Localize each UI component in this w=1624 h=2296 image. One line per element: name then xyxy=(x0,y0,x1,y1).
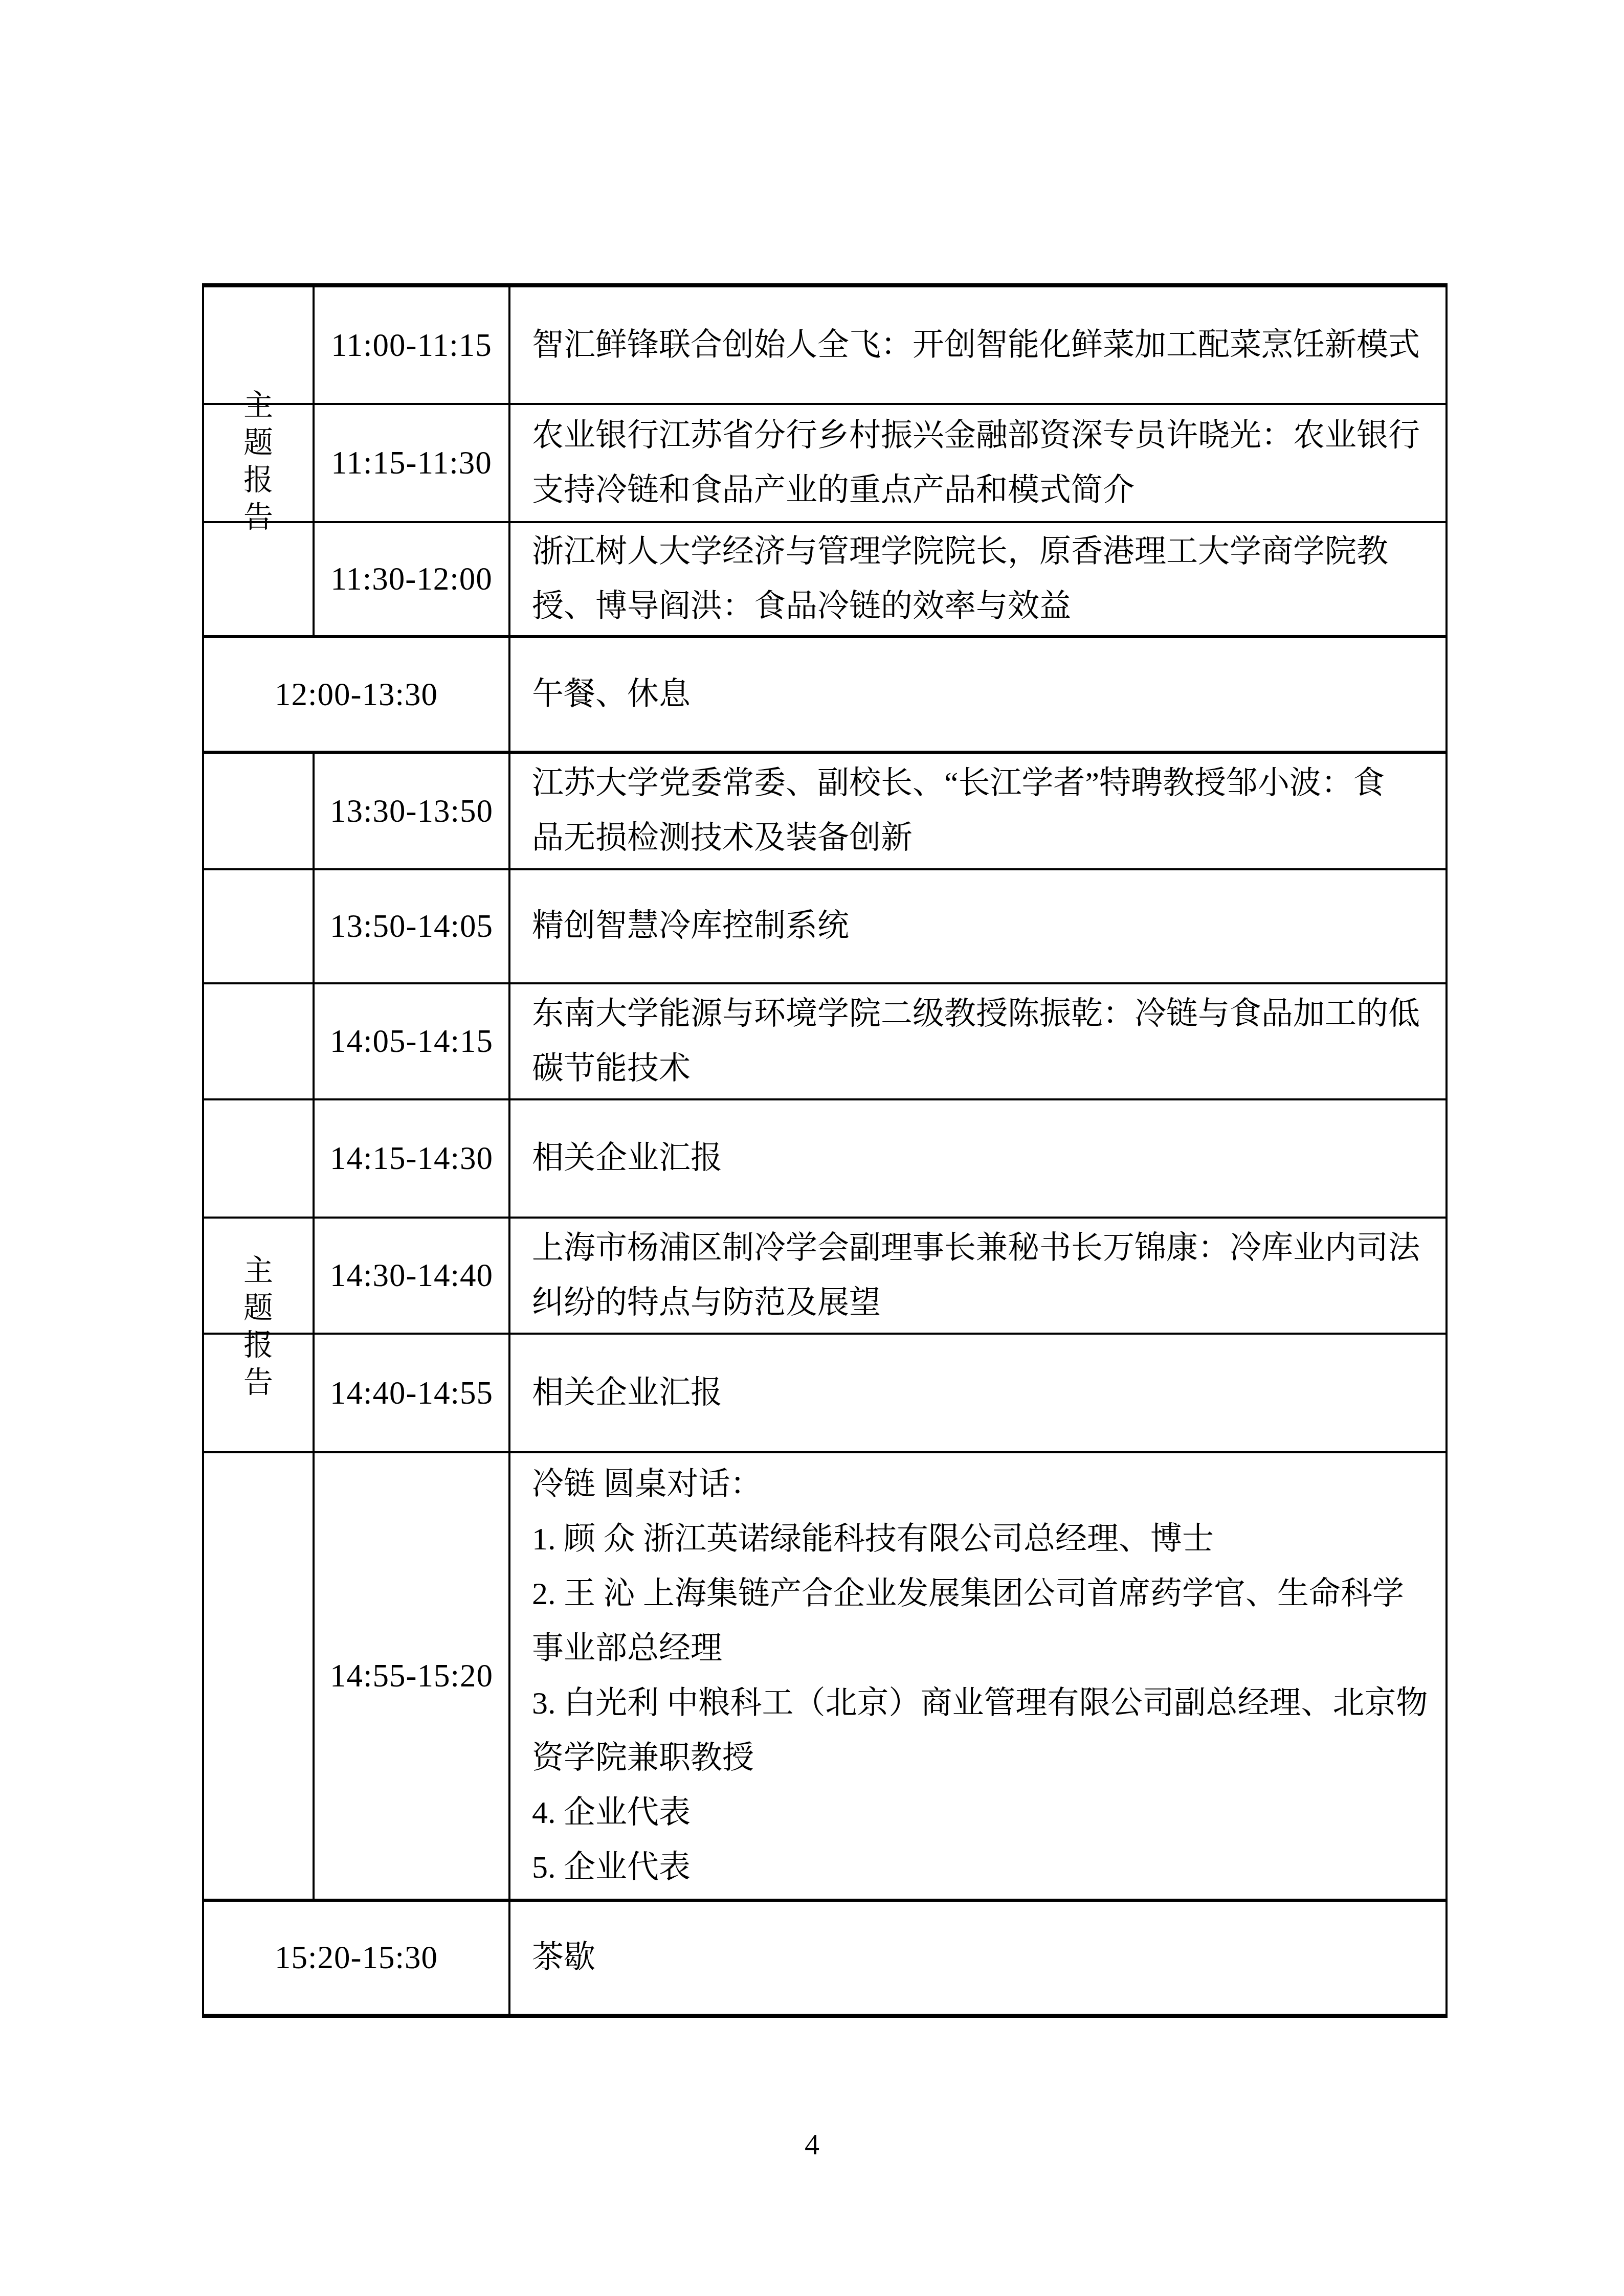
content-line: 5. 企业代表 xyxy=(532,1840,1445,1895)
agenda-item: 相关企业汇报 xyxy=(532,1100,1445,1217)
content-line: 事业部总经理 xyxy=(532,1622,1445,1676)
time-slot: 14:40-14:55 xyxy=(315,1335,508,1451)
column-divider-time-content xyxy=(508,283,510,2018)
content-line: 品无损检测技术及装备创新 xyxy=(532,811,1445,866)
time-slot: 11:15-11:30 xyxy=(315,405,508,521)
content-line: 午餐、休息 xyxy=(532,667,1445,722)
agenda-item-tea-break: 茶歇 xyxy=(532,1902,1445,2014)
time-slot: 11:00-11:15 xyxy=(315,287,508,403)
content-line: 4. 企业代表 xyxy=(532,1786,1445,1840)
content-line: 农业银行江苏省分行乡村振兴金融部资深专员许晓光：农业银行 xyxy=(532,409,1445,463)
content-line: 上海市杨浦区制冷学会副理事长兼秘书长万锦康：冷库业内司法 xyxy=(532,1221,1445,1276)
content-line: 1. 顾 众 浙江英诺绿能科技有限公司总经理、博士 xyxy=(532,1512,1445,1567)
vertical-label-char: 题 xyxy=(243,424,273,461)
page-number: 4 xyxy=(0,2127,1624,2162)
content-line: 江苏大学党委常委、副校长、“长江学者”特聘教授邹小波：食 xyxy=(532,756,1445,811)
vertical-label-char: 主 xyxy=(243,387,273,424)
time-slot: 14:30-14:40 xyxy=(315,1219,508,1333)
agenda-item: 智汇鲜锋联合创始人全飞：开创智能化鲜菜加工配菜烹饪新模式 xyxy=(532,287,1445,403)
content-line: 相关企业汇报 xyxy=(532,1366,1445,1421)
table-top-border xyxy=(202,283,1448,287)
section-label-theme-reports-morning: 主题报告 xyxy=(204,287,313,635)
content-line: 茶歇 xyxy=(532,1930,1445,1985)
agenda-item-lunch: 午餐、休息 xyxy=(532,638,1445,751)
time-slot: 13:30-13:50 xyxy=(315,754,508,868)
agenda-item: 东南大学能源与环境学院二级教授陈振乾：冷链与食品加工的低碳节能技术 xyxy=(532,984,1445,1098)
content-line: 东南大学能源与环境学院二级教授陈振乾：冷链与食品加工的低 xyxy=(532,987,1445,1042)
content-line: 3. 白光利 中粮科工（北京）商业管理有限公司副总经理、北京物 xyxy=(532,1676,1445,1731)
agenda-item: 浙江树人大学经济与管理学院院长，原香港理工大学商学院教授、博导阎洪：食品冷链的效… xyxy=(532,523,1445,635)
content-line: 相关企业汇报 xyxy=(532,1131,1445,1186)
agenda-item: 精创智慧冷库控制系统 xyxy=(532,870,1445,982)
vertical-label-char: 报 xyxy=(243,461,273,499)
time-slot: 14:15-14:30 xyxy=(315,1100,508,1217)
content-line: 精创智慧冷库控制系统 xyxy=(532,899,1445,954)
time-slot-lunch: 12:00-13:30 xyxy=(204,638,508,751)
table-bottom-border xyxy=(202,2014,1448,2018)
vertical-label-char: 题 xyxy=(243,1289,273,1326)
section-label-theme-reports-afternoon: 主题报告 xyxy=(204,754,313,1899)
agenda-item: 江苏大学党委常委、副校长、“长江学者”特聘教授邹小波：食品无损检测技术及装备创新 xyxy=(532,754,1445,868)
content-line: 浙江树人大学经济与管理学院院长，原香港理工大学商学院教 xyxy=(532,525,1445,579)
content-line: 授、博导阎洪：食品冷链的效率与效益 xyxy=(532,579,1445,634)
content-line: 冷链 圆桌对话： xyxy=(532,1457,1445,1512)
agenda-item-round-table: 冷链 圆桌对话：1. 顾 众 浙江英诺绿能科技有限公司总经理、博士2. 王 沁 … xyxy=(532,1453,1445,1899)
content-line: 碳节能技术 xyxy=(532,1042,1445,1096)
time-slot-tea-break: 15:20-15:30 xyxy=(204,1902,508,2014)
content-line: 2. 王 沁 上海集链产合企业发展集团公司首席药学官、生命科学 xyxy=(532,1567,1445,1622)
content-line: 资学院兼职教授 xyxy=(532,1731,1445,1786)
vertical-label-char: 告 xyxy=(243,1364,273,1401)
document-page: 主题报告 主题报告 11:00-11:15 11:15-11:30 11:30-… xyxy=(0,0,1624,2296)
agenda-item: 上海市杨浦区制冷学会副理事长兼秘书长万锦康：冷库业内司法纠纷的特点与防范及展望 xyxy=(532,1219,1445,1333)
agenda-item: 相关企业汇报 xyxy=(532,1335,1445,1451)
content-line: 纠纷的特点与防范及展望 xyxy=(532,1276,1445,1331)
table-right-border xyxy=(1445,283,1448,2018)
vertical-label-char: 报 xyxy=(243,1326,273,1364)
vertical-label-char: 告 xyxy=(243,499,273,536)
content-line: 智汇鲜锋联合创始人全飞：开创智能化鲜菜加工配菜烹饪新模式 xyxy=(532,318,1445,373)
time-slot: 14:05-14:15 xyxy=(315,984,508,1098)
content-line: 支持冷链和食品产业的重点产品和模式简介 xyxy=(532,463,1445,518)
vertical-label-char: 主 xyxy=(243,1252,273,1289)
time-slot: 11:30-12:00 xyxy=(315,523,508,635)
time-slot: 14:55-15:20 xyxy=(315,1453,508,1899)
time-slot: 13:50-14:05 xyxy=(315,870,508,982)
agenda-item: 农业银行江苏省分行乡村振兴金融部资深专员许晓光：农业银行支持冷链和食品产业的重点… xyxy=(532,405,1445,521)
